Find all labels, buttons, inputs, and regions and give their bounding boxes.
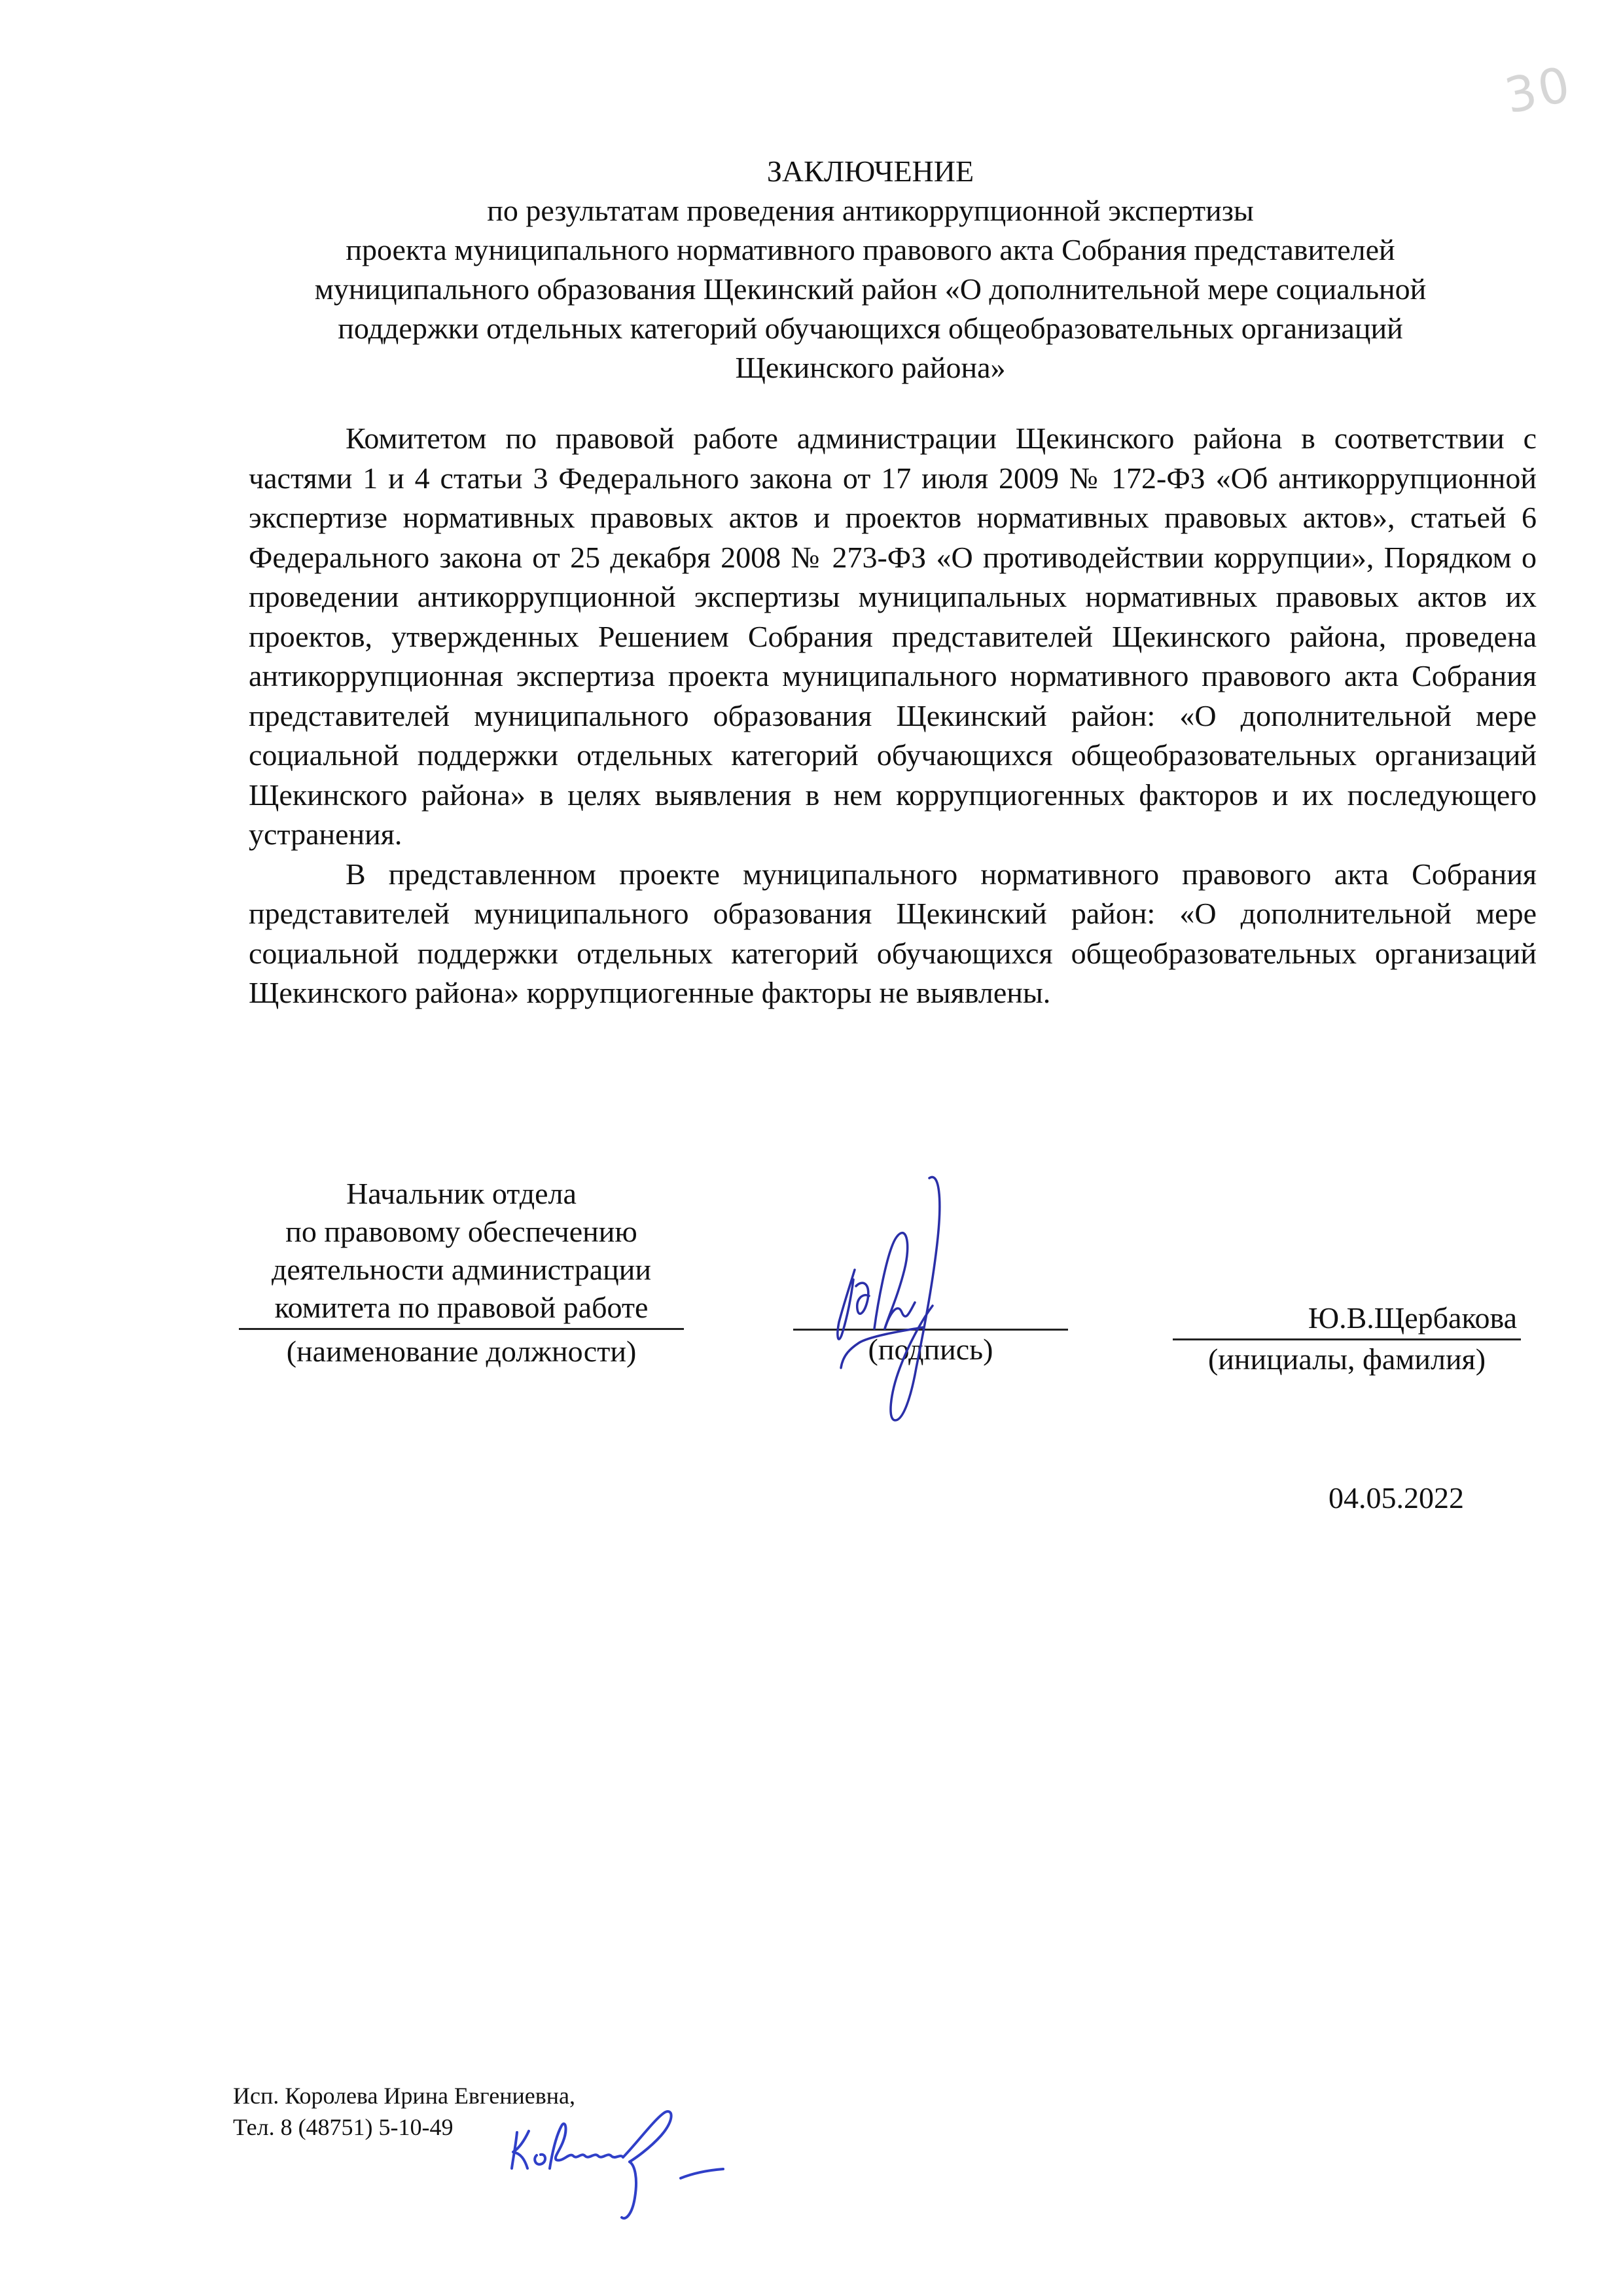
handwritten-signature-icon — [825, 1172, 1034, 1433]
executor-signature-icon — [504, 2106, 740, 2224]
document-date: 04.05.2022 — [1329, 1480, 1464, 1515]
position-line: комитета по правовой работе — [239, 1289, 684, 1327]
body-paragraph: Комитетом по правовой работе администрац… — [249, 419, 1537, 855]
position-line: деятельности администрации — [239, 1251, 684, 1289]
document-title: ЗАКЛЮЧЕНИЕ по результатам проведения ант… — [236, 152, 1505, 387]
body-paragraph: В представленном проекте муниципального … — [249, 855, 1537, 1013]
position-line: по правовому обеспечению — [239, 1213, 684, 1251]
document-body: Комитетом по правовой работе администрац… — [249, 419, 1537, 1013]
name-block: Ю.В.Щербакова (инициалы, фамилия) — [1173, 1299, 1521, 1378]
title-line: проекта муниципального нормативного прав… — [236, 230, 1505, 270]
position-line: Начальник отдела — [239, 1175, 684, 1213]
position-caption: (наименование должности) — [239, 1333, 684, 1371]
title-line: муниципального образования Щекинский рай… — [236, 270, 1505, 309]
title-line: по результатам проведения антикоррупцион… — [236, 191, 1505, 230]
title-line: поддержки отдельных категорий обучающихс… — [236, 309, 1505, 348]
title-line: Щекинского района» — [236, 348, 1505, 387]
handwritten-page-number: 30 — [1500, 56, 1577, 124]
name-caption: (инициалы, фамилия) — [1173, 1340, 1521, 1378]
position-underline — [239, 1328, 684, 1330]
signer-name: Ю.В.Щербакова — [1173, 1299, 1521, 1337]
title-heading: ЗАКЛЮЧЕНИЕ — [236, 152, 1505, 191]
position-block: Начальник отдела по правовому обеспечени… — [239, 1175, 684, 1371]
